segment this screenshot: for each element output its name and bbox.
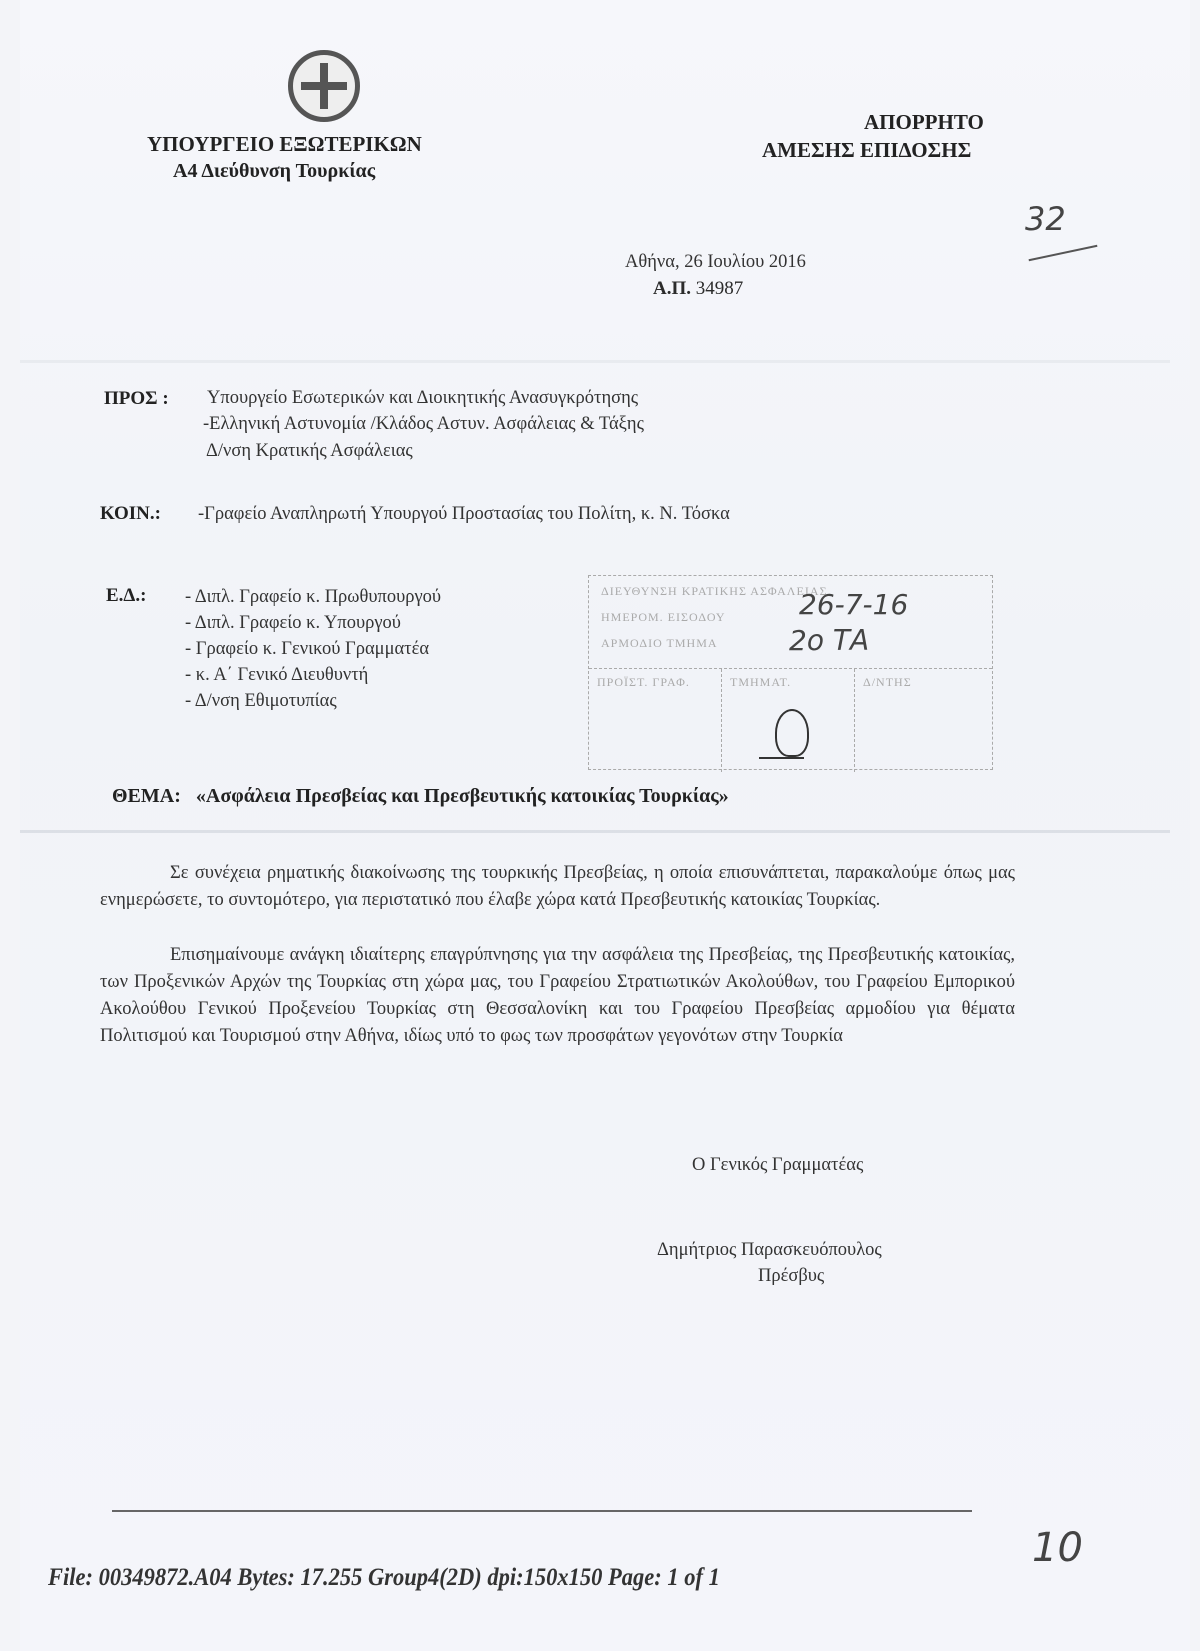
to-line-3: Δ/νση Κρατικής Ασφάλειας [206,441,413,462]
to-label: ΠΡΟΣ : [104,388,169,410]
stamp-hand-date: 26-7-16 [799,588,908,621]
to-line-2: -Ελληνική Αστυνομία /Κλάδος Αστυν. Ασφάλ… [203,414,644,435]
stamp-dept-label: ΑΡΜΟΔΙΟ ΤΜΗΜΑ [601,636,718,651]
to-line-1: Υπουργείο Εσωτερικών και Διοικητικής Ανα… [207,388,638,409]
footer-rule [112,1510,972,1512]
signatory-name: Δημήτριος Παρασκευόπουλος [657,1240,882,1261]
subject-line: ΘΕΜΑ: «Ασφάλεια Πρεσβείας και Πρεσβευτικ… [112,785,729,808]
fax-transmission-line: File: 00349872.A04 Bytes: 17.255 Group4(… [48,1564,720,1592]
signatory-rank: Πρέσβυς [758,1266,824,1287]
classification-secret: ΑΠΟΡΡΗΤΟ [864,110,984,135]
receipt-stamp: ΔΙΕΥΘΥΝΣΗ ΚΡΑΤΙΚΗΣ ΑΣΦΑΛΕΙΑΣ ΗΜΕΡΟΜ. ΕΙΣ… [588,575,993,770]
internal-line-1: - Διπλ. Γραφείο κ. Πρωθυπουργού [185,587,441,608]
signature-title: Ο Γενικός Γραμματέας [692,1155,863,1176]
internal-line-4: - κ. Α΄ Γενικό Διευθυντή [185,665,368,686]
protocol-line: Α.Π. 34987 [653,278,743,300]
directorate-name: Α4 Διεύθυνση Τουρκίας [173,160,375,183]
internal-line-5: - Δ/νση Εθιμοτυπίας [185,691,337,712]
handwritten-footer-number: 10 [1032,1525,1083,1571]
stamp-hand-dept: 2ο ΤΑ [789,624,869,657]
subject-text: «Ασφάλεια Πρεσβείας και Πρεσβευτικής κατ… [196,785,729,807]
paper-fold [20,830,1170,833]
stamp-header: ΔΙΕΥΘΥΝΣΗ ΚΡΑΤΙΚΗΣ ΑΣΦΑΛΕΙΑΣ [601,584,827,599]
handwritten-page-number: 32 [1025,200,1066,238]
document-page: ΥΠΟΥΡΓΕΙΟ ΕΞΩΤΕΡΙΚΩΝ Α4 Διεύθυνση Τουρκί… [20,0,1190,1651]
body-paragraph-1: Σε συνέχεια ρηματικής διακοίνωσης της το… [100,860,1015,914]
protocol-label: Α.Π. [653,278,691,299]
handwritten-stroke [1029,245,1098,262]
internal-label: Ε.Δ.: [106,585,146,607]
initials-scribble [775,709,809,757]
cc-line-1: -Γραφείο Αναπληρωτή Υπουργού Προστασίας … [198,504,730,525]
ministry-name: ΥΠΟΥΡΓΕΙΟ ΕΞΩΤΕΡΙΚΩΝ [147,132,422,157]
internal-line-3: - Γραφείο κ. Γενικού Γραμματέα [185,639,429,660]
body-paragraph-2: Επισημαίνουμε ανάγκη ιδιαίτερης επαγρύπν… [100,942,1015,1050]
stamp-date-label: ΗΜΕΡΟΜ. ΕΙΣΟΔΟΥ [601,610,726,625]
protocol-number: 34987 [696,278,744,299]
initials-underline [759,757,804,759]
cc-label: ΚΟΙΝ.: [100,503,161,525]
stamp-cell-director: Δ/ΝΤΗΣ [855,669,994,772]
internal-line-2: - Διπλ. Γραφείο κ. Υπουργού [185,613,401,634]
paper-fold [20,360,1170,363]
greek-coat-of-arms-icon [288,50,360,122]
stamp-cell-head-office: ΠΡΟΪΣΤ. ΓΡΑΦ. [589,669,722,772]
classification-urgent: ΑΜΕΣΗΣ ΕΠΙΔΟΣΗΣ [762,138,971,163]
place-date: Αθήνα, 26 Ιουλίου 2016 [625,252,806,273]
subject-label: ΘΕΜΑ: [112,785,181,807]
